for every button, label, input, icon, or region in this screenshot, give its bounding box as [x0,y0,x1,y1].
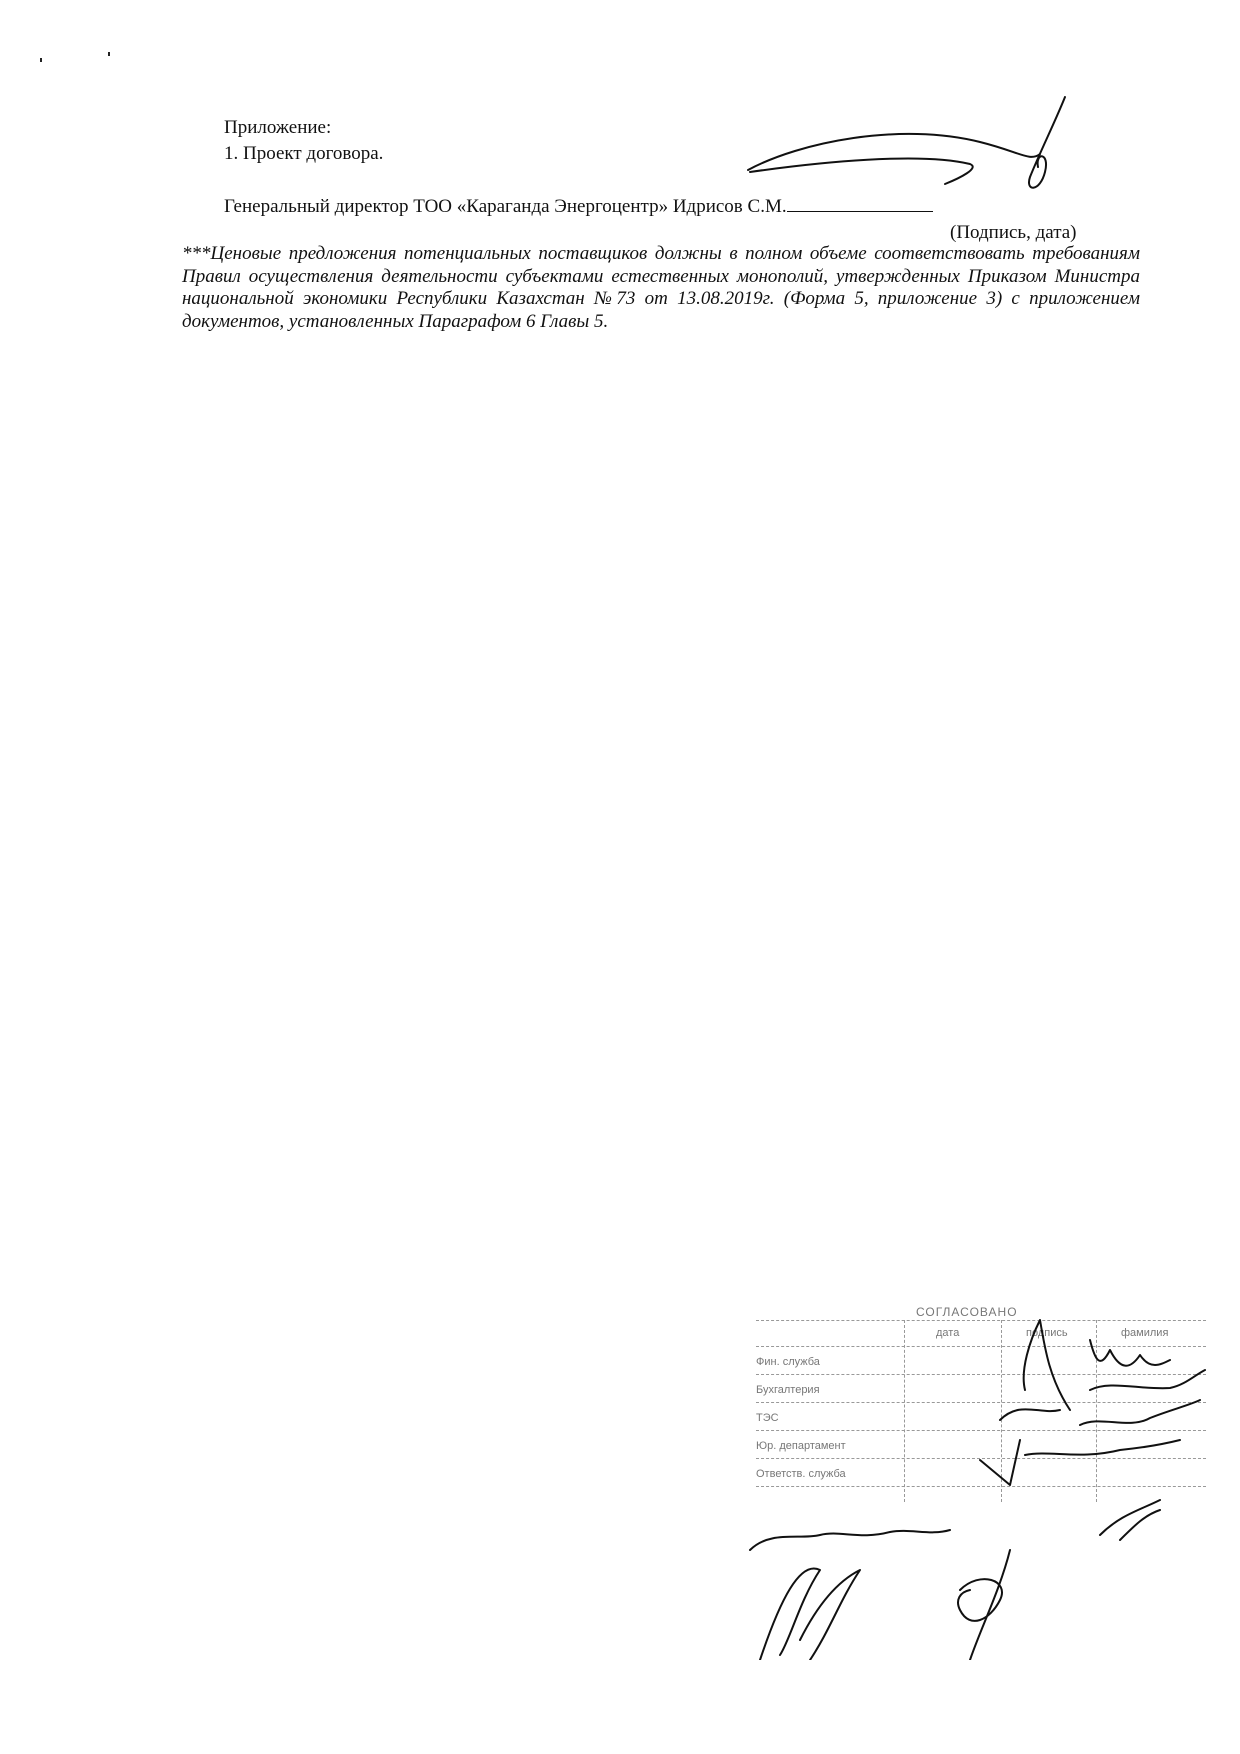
signatory-line: Генеральный директор ТОО «Караганда Энер… [224,193,933,219]
footnote-paragraph: ***Ценовые предложения потенциальных пос… [182,243,1140,333]
attachment-heading: Приложение: [224,116,331,140]
attachment-item: 1. Проект договора. [224,142,383,166]
signatory-text: Генеральный директор ТОО «Караганда Энер… [224,196,787,217]
signature-line [787,193,933,212]
signature-caption: (Подпись, дата) [950,221,1077,245]
scan-speck [108,52,110,56]
scan-speck [40,58,42,62]
director-signature [740,92,1080,202]
stamp-signatures [740,1300,1210,1660]
